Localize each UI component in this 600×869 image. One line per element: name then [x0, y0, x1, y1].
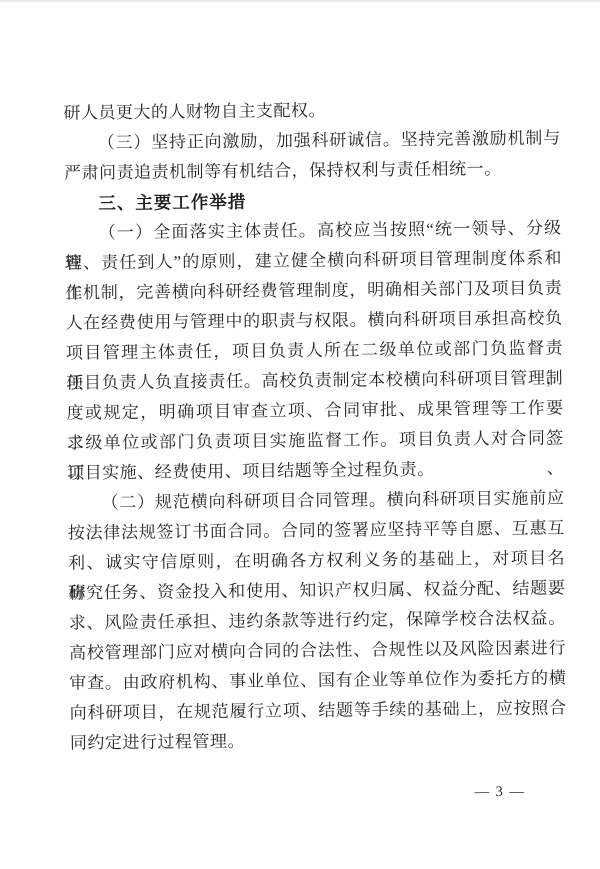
paragraph: （三）坚持正向激励，加强科研诚信。坚持完善激励机制与严肃问责追责机制等有机结合，… — [64, 123, 562, 188]
page-number: — 3 — — [450, 784, 550, 802]
document-text: 研人员更大的人财物自主支配权。（三）坚持正向激励，加强科研诚信。坚持完善激励机制… — [63, 93, 567, 758]
paragraph: （一）全面落实主体责任。高校应当按照“统一领导、分级管理、责任到人”的原则，建立… — [65, 213, 565, 488]
text-line: 向科研项目，在规范履行立项、结题等手续的基础上，应按照合 — [70, 693, 567, 728]
text-line: 严肃问责追责机制等有机结合，保持权利与责任相统一。 — [64, 153, 561, 188]
text-line: 二级单位或部门负责项目实施监督工作。项目负责人对合同签订、 — [67, 423, 564, 458]
scanned-page: 研人员更大的人财物自主支配权。（三）坚持正向激励，加强科研诚信。坚持完善激励机制… — [0, 0, 600, 869]
text-line: 同约定进行过程管理。 — [70, 723, 567, 758]
paragraph: （二）规范横向科研项目合同管理。横向科研项目实施前应按法律法规签订书面合同。合同… — [67, 483, 567, 758]
